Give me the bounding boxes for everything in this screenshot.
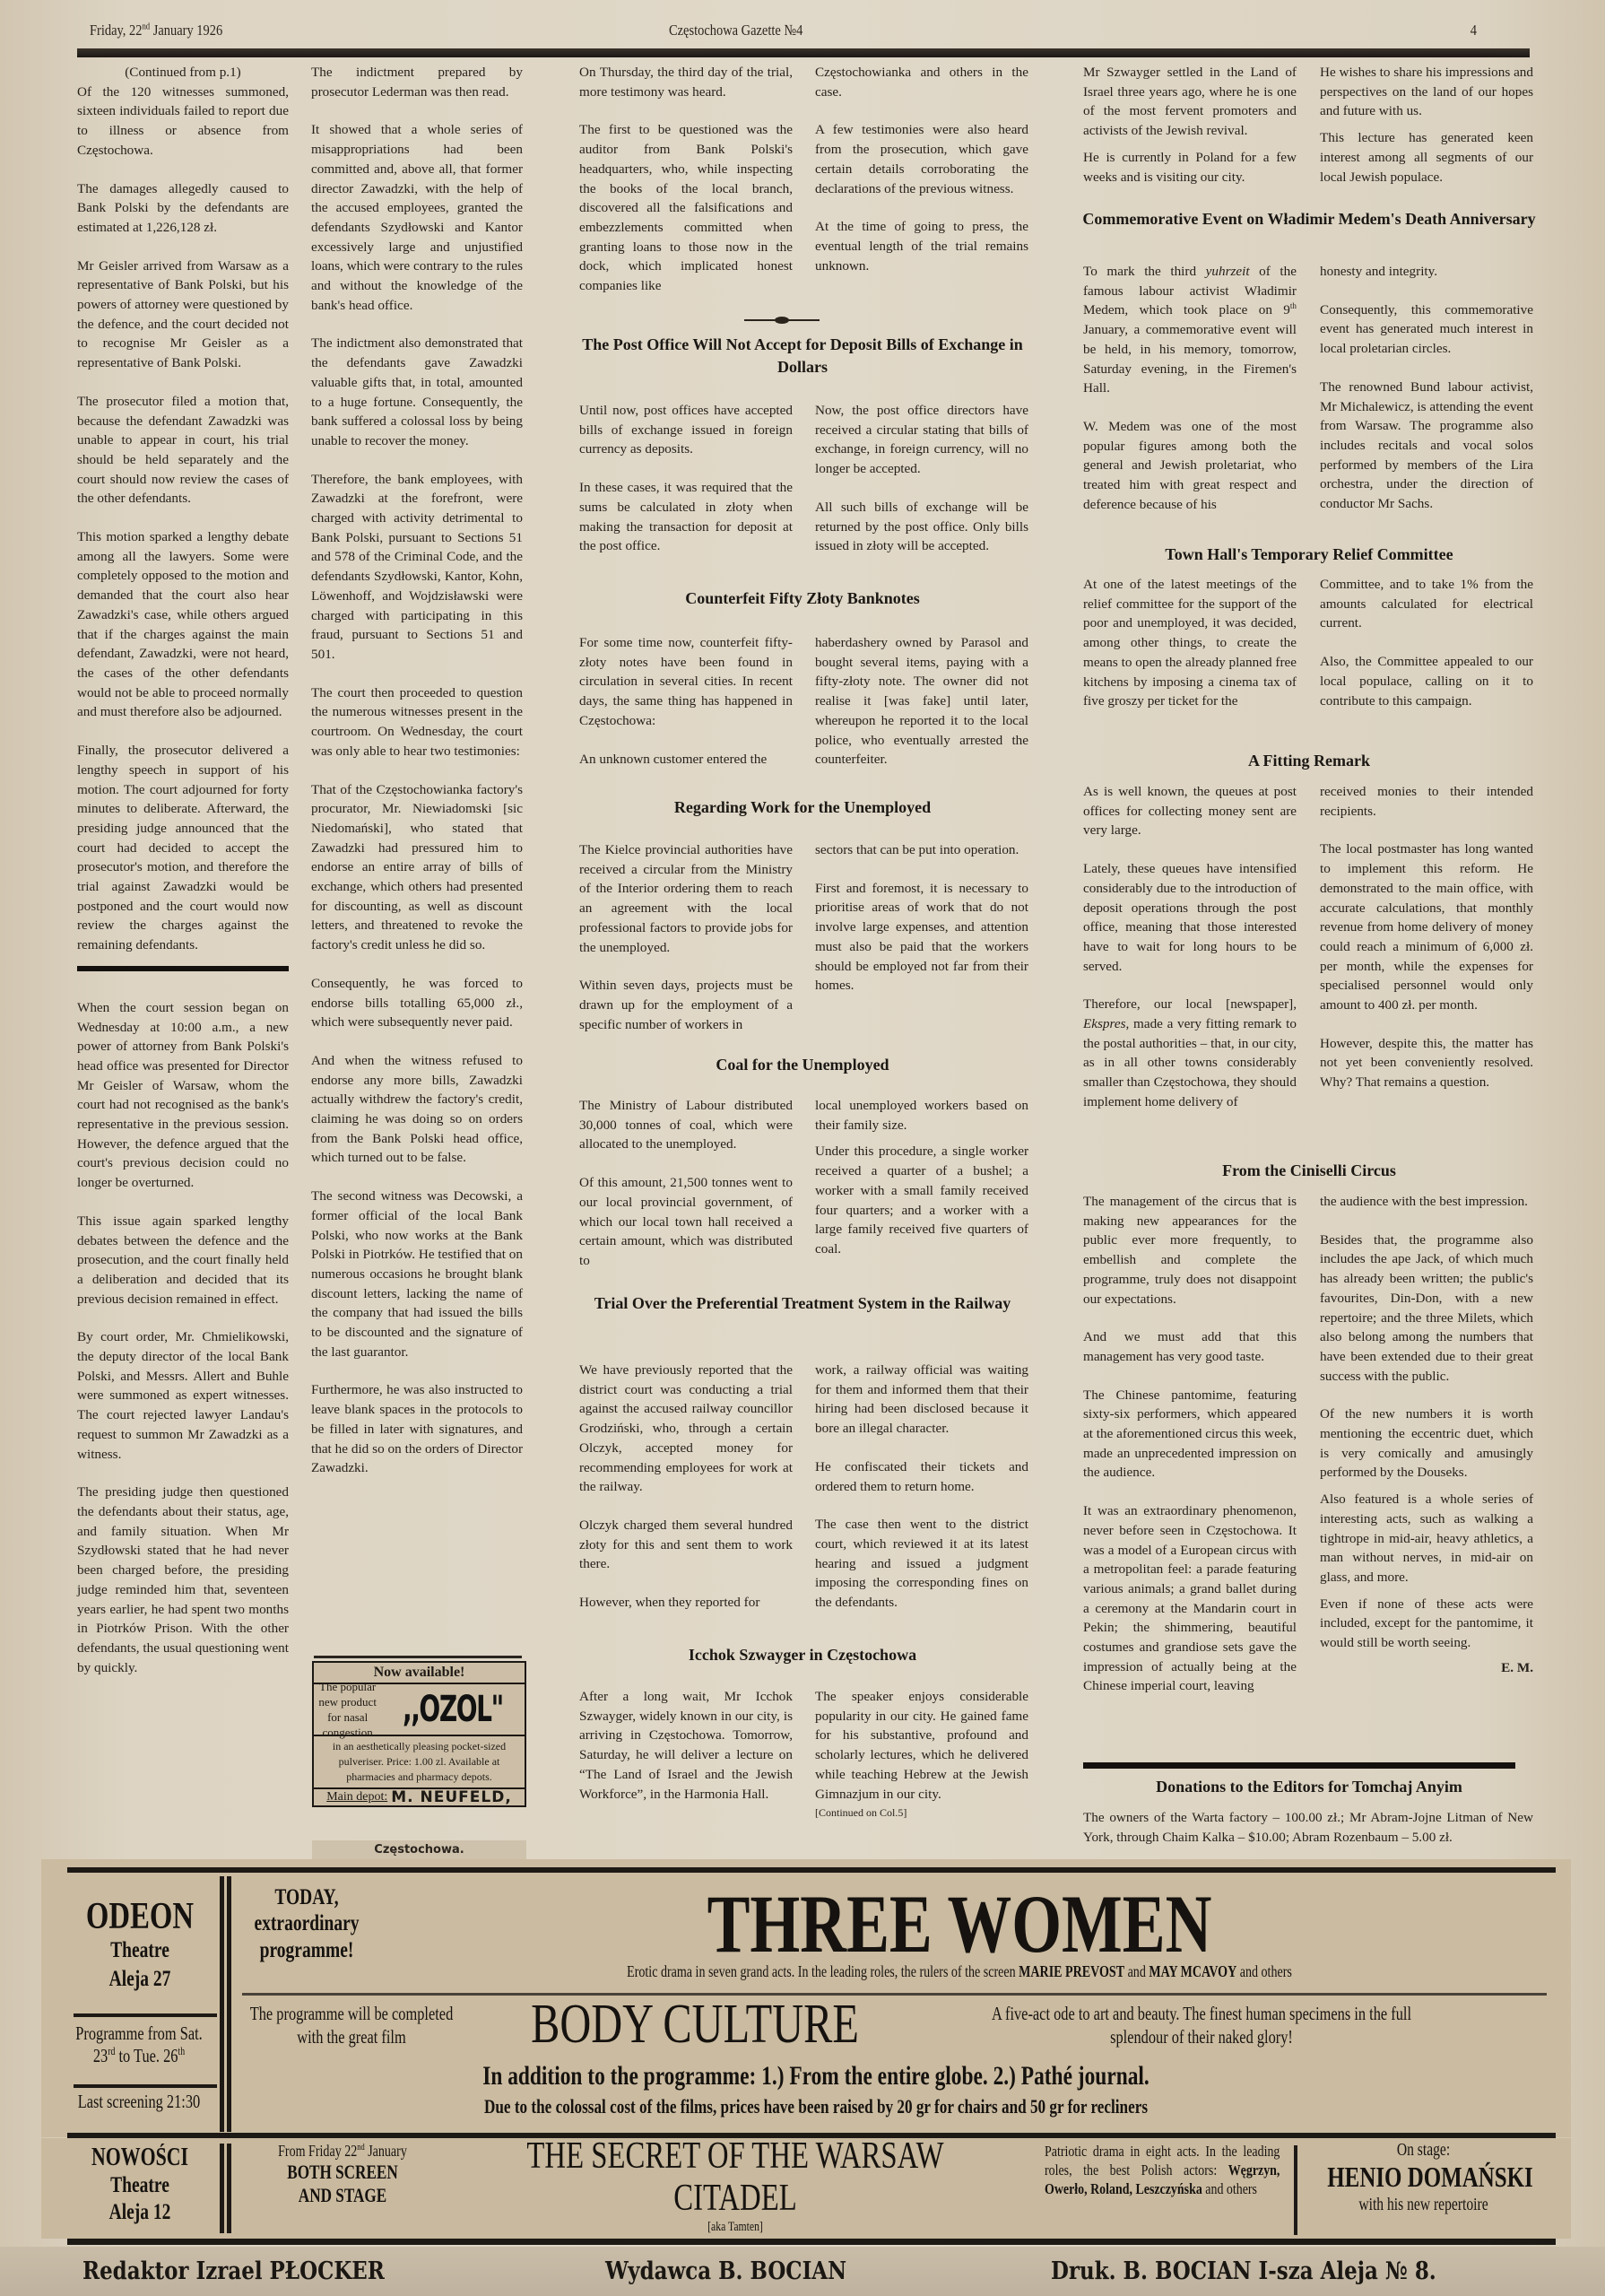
paragraph: Also, the Committee appealed to our loca… — [1320, 652, 1533, 710]
film1-description: Erotic drama in seven grand acts. In the… — [560, 1961, 1358, 1982]
paragraph: Mr Geisler arrived from Warsaw as a repr… — [77, 257, 289, 373]
paragraph: Until now, post offices have accepted bi… — [579, 401, 793, 459]
paragraph: The presiding judge then questioned the … — [77, 1483, 289, 1677]
post-office-headline: The Post Office Will Not Accept for Depo… — [574, 334, 1031, 378]
paragraph: In these cases, it was required that the… — [579, 478, 793, 556]
ad-vertical-rule — [1294, 2145, 1297, 2235]
paragraph: Under this procedure, a single worker re… — [815, 1142, 1028, 1258]
prices-text: Due to the colossal cost of the films, p… — [481, 2094, 1152, 2119]
paragraph: local unemployed workers based on their … — [815, 1096, 1028, 1135]
paragraph: It was an extraordinary phenomenon, neve… — [1083, 1501, 1297, 1696]
nowosci-from-date: From Friday 22nd January — [258, 2141, 426, 2161]
paragraph: the audience with the best impression. — [1320, 1192, 1533, 1212]
ozol-ad-top-rule — [314, 1656, 522, 1658]
paragraph: The renowned Bund labour activist, Mr Mi… — [1320, 378, 1533, 514]
and-stage-label: AND STAGE — [258, 2184, 426, 2207]
paragraph: An unknown customer entered the — [579, 750, 793, 770]
paragraph: The case then went to the district court… — [815, 1515, 1028, 1613]
paragraph: Of the 120 witnesses summoned, sixteen i… — [77, 83, 289, 161]
ozol-brand: ,,OZOL" — [403, 1702, 503, 1717]
nowosci-film-description-block: Patriotic drama in eight acts. In the le… — [1045, 2142, 1282, 2198]
paragraph: Olczyk charged them several hundred złot… — [579, 1516, 793, 1574]
donations-headline: Donations to the Editors for Tomchaj Any… — [1076, 1776, 1542, 1798]
paragraph: The court then proceeded to question the… — [311, 683, 523, 761]
paragraph: Consequently, this commemorative event h… — [1320, 300, 1533, 359]
fitting-right: received monies to their intended recipi… — [1320, 782, 1533, 1111]
szwayger-left: After a long wait, Mr Icchok Szwayger, w… — [579, 1687, 793, 1822]
circus-left: The management of the circus that is mak… — [1083, 1192, 1297, 1715]
paragraph: Finally, the prosecutor delivered a leng… — [77, 741, 289, 955]
ozol-city: Częstochowa. — [312, 1840, 526, 1860]
paragraph: After a long wait, Mr Icchok Szwayger, w… — [579, 1687, 793, 1804]
szwayger-right: The speaker enjoys considerable populari… — [815, 1687, 1028, 1823]
railway-right: work, a railway official was waiting for… — [815, 1361, 1028, 1631]
continued-on-link[interactable]: [Continued on Col.5] — [815, 1804, 1028, 1823]
paragraph: We have previously reported that the dis… — [579, 1361, 793, 1497]
masthead: Friday, 22nd January 1926 Częstochowa Ga… — [90, 22, 1279, 45]
unemployed-work-right: sectors that can be put into operation. … — [815, 840, 1028, 1014]
paragraph: W. Medem was one of the most popular fig… — [1083, 417, 1297, 515]
today-label: TODAY, — [251, 1885, 363, 1910]
ozol-description: The popular new product for nasal conges… — [314, 1679, 381, 1740]
trial-article-col2: The indictment prepared by prosecutor Le… — [311, 63, 523, 1497]
trial-article-col1: (Continued from p.1) Of the 120 witnesse… — [77, 63, 289, 1696]
trial-article-col3: On Thursday, the third day of the trial,… — [579, 63, 793, 315]
paragraph: Therefore, the bank employees, with Zawa… — [311, 470, 523, 665]
paragraph: sectors that can be put into operation. — [815, 840, 1028, 860]
paragraph: The speaker enjoys considerable populari… — [815, 1687, 1028, 1804]
nowosci-film-title-block: THE SECRET OF THE WARSAW CITADEL [aka Ta… — [453, 2135, 1018, 2235]
issue-date: Friday, 22nd January 1926 — [90, 22, 222, 39]
unemployed-work-left: The Kielce provincial authorities have r… — [579, 840, 793, 1053]
paragraph: However, when they reported for — [579, 1593, 793, 1613]
continued-from: (Continued from p.1) — [77, 63, 289, 83]
nowosci-venue-name: NOWOŚCI — [70, 2144, 210, 2172]
film1-description-block: Erotic drama in seven grand acts. In the… — [448, 1961, 1471, 1982]
paragraph: Also featured is a whole series of inter… — [1320, 1490, 1533, 1587]
ozol-depot-label: Main depot: — [326, 1790, 387, 1805]
on-stage-label: On stage: — [1327, 2139, 1520, 2161]
paragraph: Of this amount, 21,500 tonnes went to ou… — [579, 1173, 793, 1271]
nowosci-film-aka: [aka Tamten] — [515, 2219, 955, 2235]
addition-block: In addition to the programme: 1.) From t… — [386, 2060, 1246, 2092]
footer-editor: Redaktor Izrael PŁOCKER — [82, 2257, 385, 2285]
paragraph: He wishes to share his impressions and p… — [1320, 63, 1533, 121]
ornament-divider — [737, 314, 827, 326]
railway-headline: Trial Over the Preferential Treatment Sy… — [574, 1292, 1031, 1315]
paragraph: To mark the third yuhrzeit of the famous… — [1083, 262, 1297, 398]
paragraph: And when the witness refused to endorse … — [311, 1051, 523, 1168]
medem-left: To mark the third yuhrzeit of the famous… — [1083, 262, 1297, 533]
extraordinary-label: extraordinary — [251, 1910, 363, 1937]
paragraph: For some time now, counterfeit fifty-zło… — [579, 633, 793, 731]
paragraph: Lately, these queues have intensified co… — [1083, 859, 1297, 976]
railway-left: We have previously reported that the dis… — [579, 1361, 793, 1631]
paragraph: On Thursday, the third day of the trial,… — [579, 63, 793, 101]
paragraph: As is well known, the queues at post off… — [1083, 782, 1297, 840]
relief-headline: Town Hall's Temporary Relief Committee — [1076, 544, 1542, 566]
odeon-last-screening: Last screening 21:30 — [65, 2090, 213, 2113]
paragraph: All such bills of exchange will be retur… — [815, 498, 1028, 556]
paragraph: The first to be questioned was the audit… — [579, 120, 793, 295]
paragraph: Now, the post office directors have rece… — [815, 401, 1028, 479]
nowosci-film-title-line1: THE SECRET OF THE WARSAW — [515, 2135, 955, 2178]
paragraph: Mr Szwayger settled in the Land of Israe… — [1083, 63, 1297, 141]
coal-right: local unemployed workers based on their … — [815, 1096, 1028, 1278]
paragraph: And we must add that this management has… — [1083, 1327, 1297, 1366]
paragraph: Even if none of these acts were included… — [1320, 1595, 1533, 1653]
paragraph: The Chinese pantomime, featuring sixty-s… — [1083, 1386, 1297, 1483]
film1-title: THREE WOMEN — [575, 1879, 1344, 1969]
performer-note: with his new repertoire — [1327, 2193, 1520, 2216]
medem-right: honesty and integrity. Consequently, thi… — [1320, 262, 1533, 533]
relief-left: At one of the latest meetings of the rel… — [1083, 575, 1297, 730]
counterfeit-right: haberdashery owned by Parasol and bought… — [815, 633, 1028, 788]
odeon-venue-type: Theatre — [70, 1936, 210, 1965]
paragraph: The prosecutor filed a motion that, beca… — [77, 392, 289, 509]
both-screen-label: BOTH SCREEN — [258, 2161, 426, 2184]
paragraph: However, despite this, the matter has no… — [1320, 1034, 1533, 1092]
paragraph: When the court session began on Wednesda… — [77, 998, 289, 1193]
paragraph: He is currently in Poland for a few week… — [1083, 148, 1297, 187]
performer-name: HENIO DOMAŃSKI — [1327, 2161, 1520, 2193]
film2-title: BODY CULTURE — [506, 1993, 883, 2056]
paragraph: The management of the circus that is mak… — [1083, 1192, 1297, 1309]
ozol-depot-name: M. NEUFELD, — [391, 1790, 512, 1805]
szwayger-headline: Icchok Szwayger in Częstochowa — [574, 1644, 1031, 1666]
addition-text: In addition to the programme: 1.) From t… — [481, 2060, 1152, 2092]
odeon-venue-block: ODEON Theatre Aleja 27 — [50, 1897, 230, 1994]
film2-title-block: BODY CULTURE — [453, 1993, 937, 2056]
paragraph: The Kielce provincial authorities have r… — [579, 840, 793, 957]
odeon-venue-name: ODEON — [70, 1897, 210, 1936]
paragraph: Of the new numbers it is worth mentionin… — [1320, 1405, 1533, 1483]
completed-with-block: The programme will be completed with the… — [235, 2002, 468, 2048]
ad-bottom-rule — [67, 2239, 1556, 2245]
gazette-title: Częstochowa Gazette №4 — [669, 22, 802, 39]
author-signature: E. M. — [1320, 1658, 1533, 1678]
counterfeit-left: For some time now, counterfeit fifty-zło… — [579, 633, 793, 787]
programme-dates-text: Programme from Sat.23rd to Tue. 26th — [65, 2022, 213, 2067]
nowosci-address: Aleja 12 — [70, 2199, 210, 2226]
film1-title-block: THREE WOMEN — [466, 1879, 1453, 1969]
paragraph: Within seven days, projects must be draw… — [579, 976, 793, 1034]
circus-headline: From the Ciniselli Circus — [1076, 1160, 1542, 1182]
circus-right: the audience with the best impression. B… — [1320, 1192, 1533, 1677]
szwayger-col5: Mr Szwayger settled in the Land of Israe… — [1083, 63, 1297, 205]
section-rule — [77, 966, 289, 971]
ad-vertical-rule — [220, 2144, 224, 2233]
footer-printer: Druk. B. BOCIAN I-sza Aleja № 8. — [1051, 2257, 1436, 2285]
odeon-today-block: TODAY, extraordinary programme! — [235, 1885, 378, 1964]
paragraph: honesty and integrity. — [1320, 262, 1533, 282]
counterfeit-headline: Counterfeit Fifty Złoty Banknotes — [574, 587, 1031, 610]
unemployed-work-headline: Regarding Work for the Unemployed — [574, 796, 1031, 819]
medem-headline: Commemorative Event on Władimir Medem's … — [1076, 208, 1542, 230]
donations-text: The owners of the Warta factory – 100.00… — [1083, 1808, 1533, 1847]
paragraph: Therefore, our local [newspaper], Ekspre… — [1083, 995, 1297, 1111]
paragraph: Committee, and to take 1% from the amoun… — [1320, 575, 1533, 633]
paragraph: At one of the latest meetings of the rel… — [1083, 575, 1297, 711]
paragraph: The Ministry of Labour distributed 30,00… — [579, 1096, 793, 1154]
paragraph: received monies to their intended recipi… — [1320, 782, 1533, 821]
ad-divider — [74, 2013, 217, 2017]
ad-vertical-rule — [227, 2144, 231, 2233]
nowosci-venue-type: Theatre — [70, 2172, 210, 2199]
paragraph: At the time of going to press, the event… — [815, 217, 1028, 275]
paragraph: The damages allegedly caused to Bank Pol… — [77, 179, 289, 238]
paragraph: This motion sparked a lengthy debate amo… — [77, 527, 289, 722]
ozol-advertisement: Now available! The popular new product f… — [312, 1661, 526, 1807]
footer-publisher: Wydawca B. BOCIAN — [605, 2257, 846, 2285]
paragraph: work, a railway official was waiting for… — [815, 1361, 1028, 1439]
fitting-remark-headline: A Fitting Remark — [1076, 750, 1542, 772]
section-rule — [1083, 1762, 1515, 1769]
page-number: 4 — [1471, 22, 1477, 39]
odeon-last-screening-block: Last screening 21:30 — [45, 2090, 233, 2113]
film2-description-block: A five-act ode to art and beauty. The fi… — [977, 2002, 1426, 2048]
ozol-product-row: The popular new product for nasal conges… — [314, 1684, 525, 1736]
ad-top-rule — [67, 1867, 1556, 1873]
paragraph: That of the Częstochowianka factory's pr… — [311, 780, 523, 955]
paragraph: The local postmaster has long wanted to … — [1320, 839, 1533, 1014]
prices-block: Due to the colossal cost of the films, p… — [386, 2094, 1246, 2119]
paragraph: He confiscated their tickets and ordered… — [815, 1457, 1028, 1496]
coal-headline: Coal for the Unemployed — [574, 1054, 1031, 1076]
coal-left: The Ministry of Labour distributed 30,00… — [579, 1096, 793, 1290]
paragraph: haberdashery owned by Parasol and bought… — [815, 633, 1028, 770]
paragraph: The indictment also demonstrated that th… — [311, 334, 523, 450]
programme-label: programme! — [251, 1937, 363, 1964]
paragraph: This issue again sparked lengthy debates… — [77, 1212, 289, 1309]
paragraph: The indictment prepared by prosecutor Le… — [311, 63, 523, 101]
post-office-right: Now, the post office directors have rece… — [815, 401, 1028, 575]
ozol-details: in an aesthetically pleasing pocket-size… — [314, 1736, 525, 1789]
ad-vertical-rule — [220, 1876, 224, 2132]
szwayger-col6: He wishes to share his impressions and p… — [1320, 63, 1533, 205]
fitting-left: As is well known, the queues at post off… — [1083, 782, 1297, 1131]
post-office-left: Until now, post offices have accepted bi… — [579, 401, 793, 575]
film2-description: A five-act ode to art and beauty. The fi… — [977, 2002, 1425, 2048]
paragraph: A few testimonies were also heard from t… — [815, 120, 1028, 198]
paragraph: It showed that a whole series of misappr… — [311, 120, 523, 315]
nowosci-film-description: Patriotic drama in eight acts. In the le… — [1045, 2142, 1280, 2198]
relief-right: Committee, and to take 1% from the amoun… — [1320, 575, 1533, 729]
paragraph: First and foremost, it is necessary to p… — [815, 879, 1028, 996]
nowosci-date-block: From Friday 22nd January BOTH SCREEN AND… — [235, 2141, 450, 2207]
ozol-depot: Main depot: M. NEUFELD, — [314, 1789, 525, 1805]
odeon-address: Aleja 27 — [70, 1965, 210, 1994]
on-stage-block: On stage: HENIO DOMAŃSKI with his new re… — [1300, 2139, 1547, 2216]
nowosci-venue-block: NOWOŚCI Theatre Aleja 12 — [50, 2144, 230, 2226]
ad-vertical-rule — [227, 1876, 231, 2132]
ad-divider — [74, 2084, 217, 2088]
paragraph: This lecture has generated keen interest… — [1320, 128, 1533, 187]
nowosci-film-title-line2: CITADEL — [515, 2178, 955, 2219]
completed-with-text: The programme will be completed with the… — [247, 2002, 456, 2048]
paragraph: Besides that, the programme also include… — [1320, 1231, 1533, 1387]
paragraph: Furthermore, he was also instructed to l… — [311, 1380, 523, 1478]
trial-article-col4: Częstochowianka and others in the case. … — [815, 63, 1028, 294]
paragraph: Consequently, he was forced to endorse b… — [311, 974, 523, 1032]
masthead-rule — [77, 48, 1530, 57]
paragraph: By court order, Mr. Chmielikowski, the d… — [77, 1327, 289, 1464]
paragraph: The second witness was Decowski, a forme… — [311, 1187, 523, 1361]
odeon-programme-dates: Programme from Sat.23rd to Tue. 26th — [45, 2022, 233, 2067]
paragraph: Częstochowianka and others in the case. — [815, 63, 1028, 101]
newspaper-page: Friday, 22nd January 1926 Częstochowa Ga… — [0, 0, 1605, 2296]
